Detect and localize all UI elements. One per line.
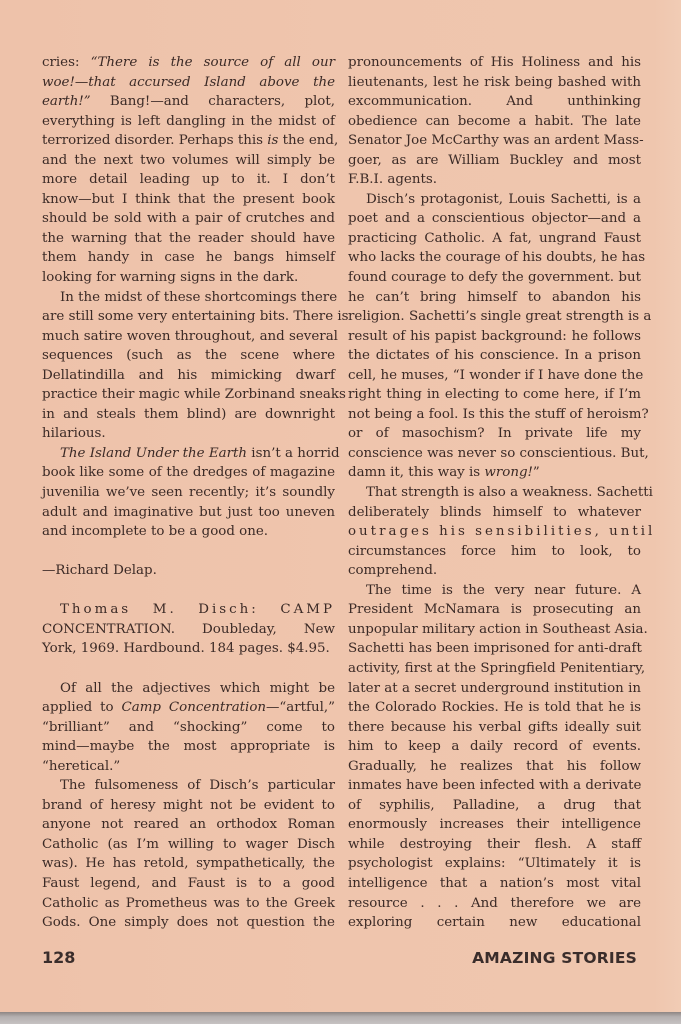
text-line: excommunication. And unthinking — [348, 92, 641, 112]
text-line: lieutenants, lest he risk being bashed w… — [348, 73, 641, 93]
scan-bottom-edge — [0, 1012, 681, 1024]
text-line: resource . . . And therefore we are — [348, 894, 641, 914]
text-line: much satire woven throughout, and severa… — [42, 327, 335, 347]
text-line: The Island Under the Earth isn’t a horri… — [42, 444, 335, 464]
text-line: damn it, this way is wrong!” — [348, 463, 641, 483]
text-line: cell, he muses, “I wonder if I have done… — [348, 366, 641, 386]
left-column: cries: “There is the source of all ourwo… — [42, 53, 335, 933]
text-line: “brilliant” and “shocking” come to — [42, 718, 335, 738]
text-line: activity, first at the Springfield Penit… — [348, 659, 641, 679]
text-line: him to keep a daily record of events. — [348, 737, 641, 757]
text-line: comprehend. — [348, 561, 641, 581]
text-line: there because his verbal gifts ideally s… — [348, 718, 641, 738]
text-line: woe!—that accursed Island above the — [42, 73, 335, 93]
text-line: brand of heresy might not be evident to — [42, 796, 335, 816]
italic-text: Camp Concentration — [122, 700, 267, 715]
text-line: The time is the very near future. A — [348, 581, 641, 601]
text-line: exploring certain new educational — [348, 913, 641, 933]
text-line: he can’t bring himself to abandon his — [348, 288, 641, 308]
text-line: anyone not reared an orthodox Roman — [42, 815, 335, 835]
text-line: while destroying their flesh. A staff — [348, 835, 641, 855]
text-line: Faust legend, and Faust is to a good — [42, 874, 335, 894]
text-line: outrages his sensibilities, until — [348, 522, 641, 542]
text-line: found courage to defy the government. bu… — [348, 268, 641, 288]
italic-text: The Island Under the Earth — [60, 446, 247, 461]
text-line: or of masochism? In private life my — [348, 424, 641, 444]
text-line: hilarious. — [42, 424, 335, 444]
text-line: CONCENTRATION. Doubleday, New — [42, 620, 335, 640]
text-line: earth!” Bang!—and characters, plot, — [42, 92, 335, 112]
text-line: That strength is also a weakness. Sachet… — [348, 483, 641, 503]
paragraph-shortcomings: In the midst of these shortcomings there… — [42, 288, 335, 444]
magazine-page: cries: “There is the source of all ourwo… — [0, 0, 681, 1012]
text-line: terrorized disorder. Perhaps this is the… — [42, 131, 335, 151]
paragraph-strength-weakness: That strength is also a weakness. Sachet… — [348, 483, 641, 581]
text-line: more detail leading up to it. I don’t — [42, 170, 335, 190]
text-line: psychologist explains: “Ultimately it is — [348, 854, 641, 874]
paragraph-island-verdict: The Island Under the Earth isn’t a horri… — [42, 444, 335, 542]
text-line: in and steals them blind) are downright — [42, 405, 335, 425]
running-title: AMAZING STORIES — [472, 949, 637, 967]
text-line: intelligence that a nation’s most vital — [348, 874, 641, 894]
text-line: obedience can become a habit. The late — [348, 112, 641, 132]
page-number: 128 — [42, 948, 75, 967]
text-line: enormously increases their intelligence — [348, 815, 641, 835]
italic-text: woe!—that accursed Island above the — [42, 75, 335, 90]
text-line: circumstances force him to look, to — [348, 542, 641, 562]
text-line: practice their magic while Zorbinand sne… — [42, 385, 335, 405]
text-line: looking for warning signs in the dark. — [42, 268, 335, 288]
text-line: The fulsomeness of Disch’s particular — [42, 776, 335, 796]
right-column: pronouncements of His Holiness and hisli… — [348, 53, 641, 933]
text-line: book like some of the dredges of magazin… — [42, 463, 335, 483]
text-line: Catholic as Prometheus was to the Greek — [42, 894, 335, 914]
text-line: and incomplete to be a good one. — [42, 522, 335, 542]
paragraph-adjectives: Of all the adjectives which might beappl… — [42, 679, 335, 777]
italic-text: “There is the source of all our — [91, 55, 335, 70]
text-line: poet and a conscientious objector—and a — [348, 209, 641, 229]
paragraph-protagonist: Disch’s protagonist, Louis Sachetti, is … — [348, 190, 641, 483]
italic-text: is — [267, 133, 278, 148]
text-line: pronouncements of His Holiness and his — [348, 53, 641, 73]
book-heading: Thomas M. Disch: CAMPCONCENTRATION. Doub… — [42, 600, 335, 659]
text-line: inmates have been infected with a deriva… — [348, 776, 641, 796]
text-line: sequences (such as the scene where — [42, 346, 335, 366]
text-line: conscience was never so conscientious. B… — [348, 444, 641, 464]
text-line: everything is left dangling in the midst… — [42, 112, 335, 132]
text-line: Dellatindilla and his mimicking dwarf — [42, 366, 335, 386]
reviewer-signature: —Richard Delap. — [42, 561, 335, 581]
text-line: later at a secret underground institutio… — [348, 679, 641, 699]
text-line: unpopular military action in Southeast A… — [348, 620, 641, 640]
text-line: are still some very entertaining bits. T… — [42, 307, 335, 327]
text-line: deliberately blinds himself to whatever — [348, 503, 641, 523]
text-line: not being a fool. Is this the stuff of h… — [348, 405, 641, 425]
text-line: them handy in case he bangs himself — [42, 248, 335, 268]
text-line: the Colorado Rockies. He is told that he… — [348, 698, 641, 718]
paragraph-continuation: cries: “There is the source of all ourwo… — [42, 53, 335, 288]
text-line: juvenilia we’ve seen recently; it’s soun… — [42, 483, 335, 503]
text-line: should be sold with a pair of crutches a… — [42, 209, 335, 229]
text-line: Senator Joe McCarthy was an ardent Mass- — [348, 131, 641, 151]
text-line: F.B.I. agents. — [348, 170, 641, 190]
text-line: Thomas M. Disch: CAMP — [42, 600, 335, 620]
text-line: mind—maybe the most appropriate is — [42, 737, 335, 757]
italic-text: earth!” — [42, 94, 91, 109]
text-line: Disch’s protagonist, Louis Sachetti, is … — [348, 190, 641, 210]
text-line: the warning that the reader should have — [42, 229, 335, 249]
text-line: religion. Sachetti’s single great streng… — [348, 307, 641, 327]
text-line: was). He has retold, sympathetically, th… — [42, 854, 335, 874]
paragraph-fulsomeness: The fulsomeness of Disch’s particularbra… — [42, 776, 335, 932]
text-line: applied to Camp Concentration—“artful,” — [42, 698, 335, 718]
text-line: cries: “There is the source of all our — [42, 53, 335, 73]
text-line: President McNamara is prosecuting an — [348, 600, 641, 620]
text-line: who lacks the courage of his doubts, he … — [348, 248, 641, 268]
text-line: right thing in electing to come here, if… — [348, 385, 641, 405]
text-line: Gods. One simply does not question the — [42, 913, 335, 933]
text-line: Catholic (as I’m willing to wager Disch — [42, 835, 335, 855]
text-line: adult and imaginative but just too uneve… — [42, 503, 335, 523]
text-line: practicing Catholic. A fat, ungrand Faus… — [348, 229, 641, 249]
text-line: Of all the adjectives which might be — [42, 679, 335, 699]
text-line: the dictates of his conscience. In a pri… — [348, 346, 641, 366]
text-line: result of his papist background: he foll… — [348, 327, 641, 347]
paragraph-pronouncements: pronouncements of His Holiness and hisli… — [348, 53, 641, 190]
text-line: know—but I think that the present book — [42, 190, 335, 210]
text-line: “heretical.” — [42, 757, 335, 777]
text-line: Sachetti has been imprisoned for anti-dr… — [348, 639, 641, 659]
paragraph-near-future: The time is the very near future. APresi… — [348, 581, 641, 933]
italic-text: wrong! — [484, 465, 533, 480]
text-line: York, 1969. Hardbound. 184 pages. $4.95. — [42, 639, 335, 659]
text-line: Gradually, he realizes that his follow — [348, 757, 641, 777]
text-line: of syphilis, Palladine, a drug that — [348, 796, 641, 816]
text-line: goer, as are William Buckley and most — [348, 151, 641, 171]
text-line: and the next two volumes will simply be — [42, 151, 335, 171]
text-line: In the midst of these shortcomings there — [42, 288, 335, 308]
